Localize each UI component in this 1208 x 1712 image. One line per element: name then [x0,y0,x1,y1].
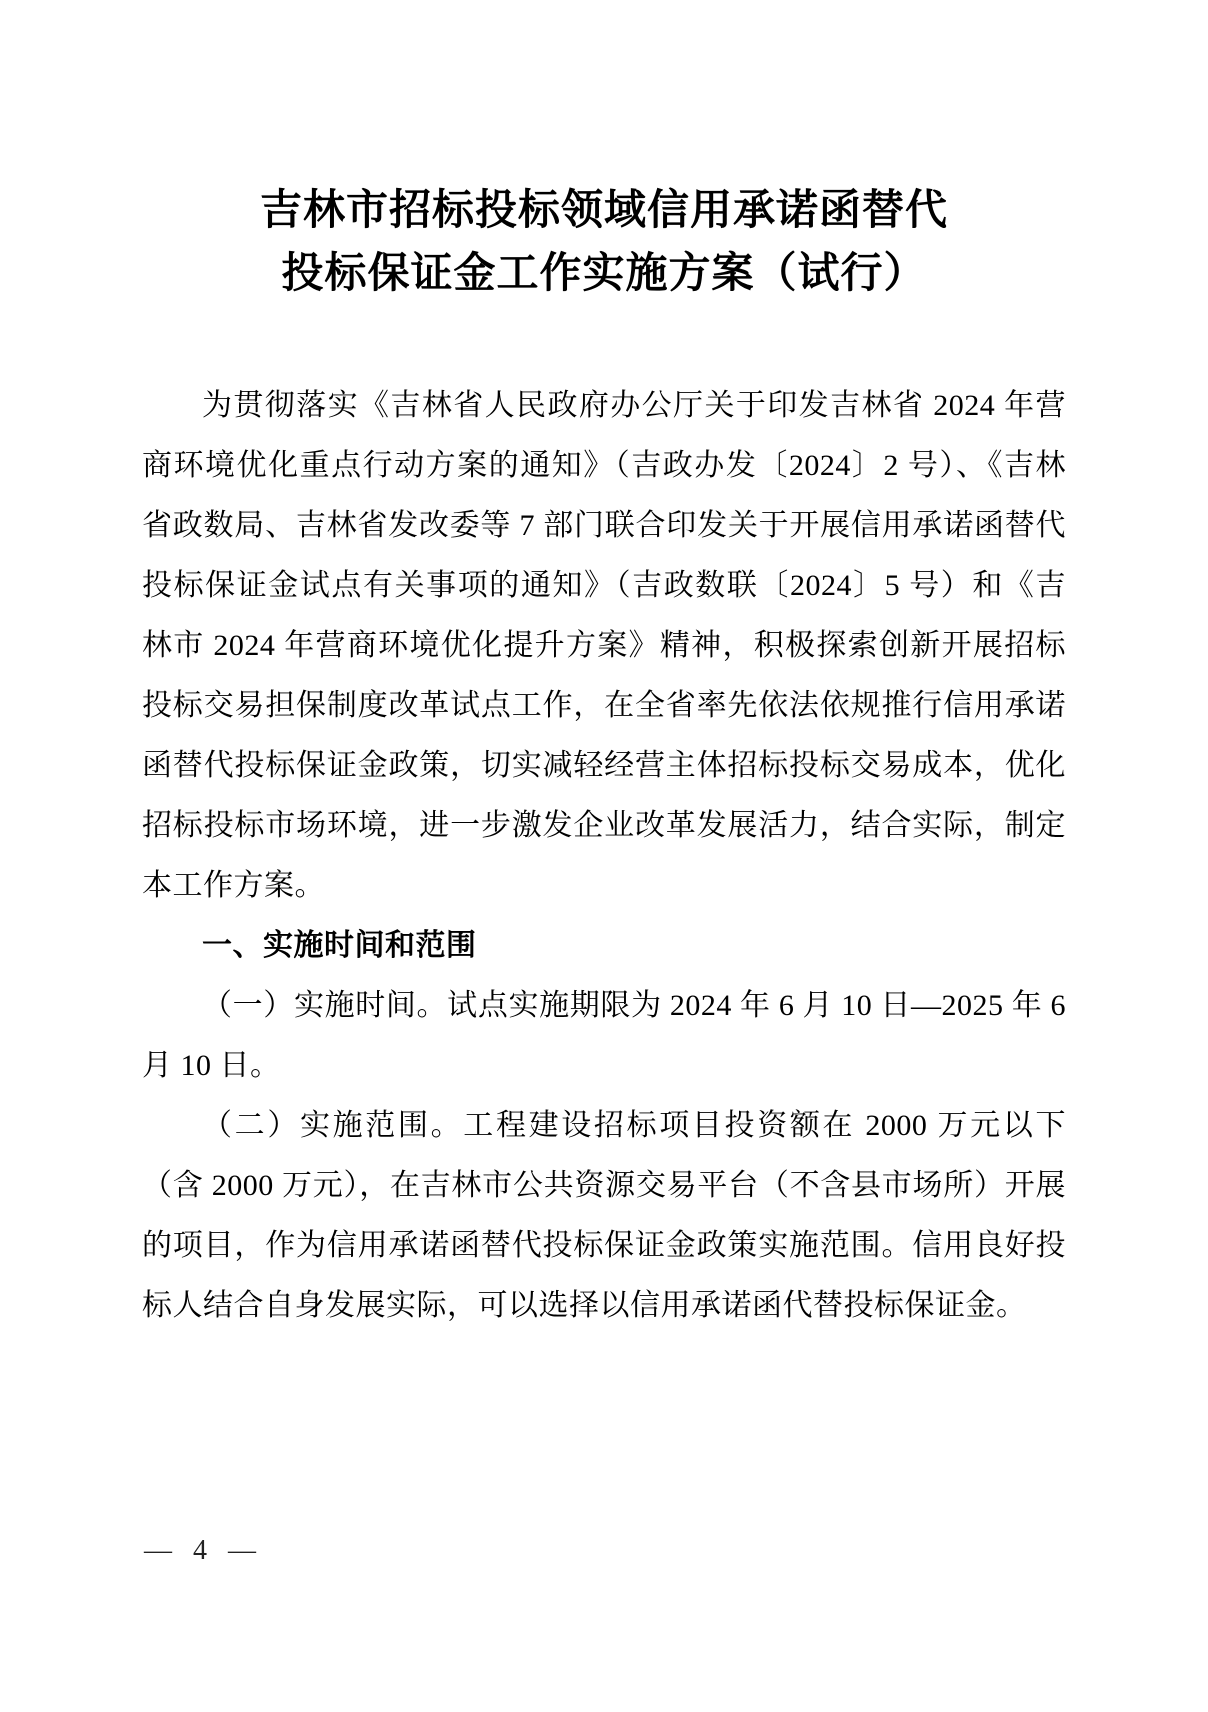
intro-paragraph: 为贯彻落实《吉林省人民政府办公厅关于印发吉林省 2024 年营商环境优化重点行动… [142,376,1066,916]
item-paragraph-implementation-scope: （二）实施范围。工程建设招标项目投资额在 2000 万元以下（含 2000 万元… [142,1096,1066,1336]
title-line-1: 吉林市招标投标领域信用承诺函替代 [0,180,1208,243]
title-line-2: 投标保证金工作实施方案（试行） [0,243,1208,306]
item-paragraph-implementation-time: （一）实施时间。试点实施期限为 2024 年 6 月 10 日—2025 年 6… [142,976,1066,1096]
section-heading-implementation-time-and-scope: 一、实施时间和范围 [142,916,1066,976]
page-number: — 4 — [144,1534,256,1568]
document-title: 吉林市招标投标领域信用承诺函替代 投标保证金工作实施方案（试行） [0,0,1208,306]
document-page: 吉林市招标投标领域信用承诺函替代 投标保证金工作实施方案（试行） 为贯彻落实《吉… [0,0,1208,1712]
document-body: 为贯彻落实《吉林省人民政府办公厅关于印发吉林省 2024 年营商环境优化重点行动… [142,376,1066,1336]
